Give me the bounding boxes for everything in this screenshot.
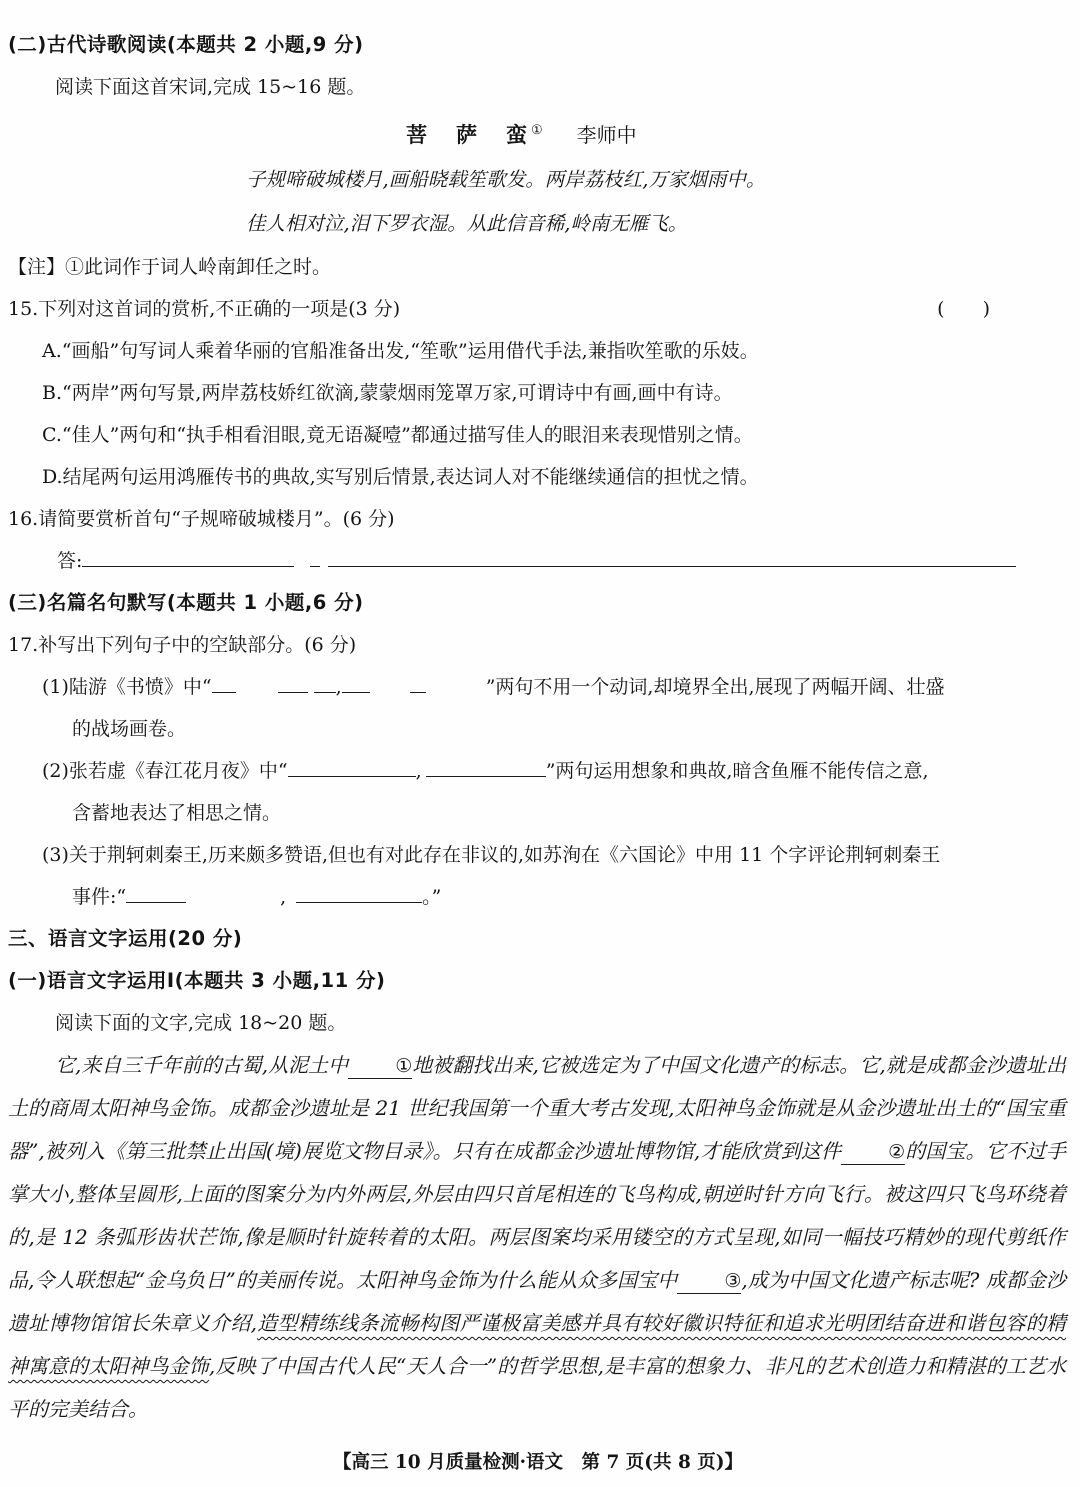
blank-gap — [186, 902, 280, 903]
blank-gap — [426, 692, 486, 693]
page-footer: 【高三 10 月质量检测·语文 第 7 页(共 8 页)】 — [8, 1441, 1068, 1485]
exam-page: (二)古代诗歌阅读(本题共 2 小题,9 分) 阅读下面这首宋词,完成 15~1… — [0, 0, 1080, 1487]
question-15-option-c: C.“佳人”两句和“执手相看泪眼,竟无语凝噎”都通过描写佳人的眼泪来表现惜别之情… — [8, 414, 1068, 456]
poem-footnote: 【注】①此词作于词人岭南卸任之时。 — [8, 246, 1068, 288]
language-reading-instruction: 阅读下面的文字,完成 18~20 题。 — [8, 1002, 1068, 1044]
subsection-heading-language-use-1: (一)语言文字运用Ⅰ(本题共 3 小题,11 分) — [8, 960, 1068, 1002]
section-heading-poetry: (二)古代诗歌阅读(本题共 2 小题,9 分) — [8, 24, 1068, 66]
answer-blank — [212, 674, 236, 693]
answer-blank — [278, 674, 308, 693]
question-15-option-a: A.“画船”句写词人乘着华丽的官船准备出发,“笙歌”运用借代手法,兼指吹笙歌的乐… — [8, 330, 1068, 372]
answer-blank — [126, 884, 186, 903]
text-segment: 它,来自三千年前的古蜀,从泥土中 — [55, 1053, 348, 1077]
question-16-stem: 16.请简要赏析首句“子规啼破城楼月”。(6 分) — [8, 498, 1068, 540]
answer-blank — [296, 884, 422, 903]
question-17-item2-line2: 含蓄地表达了相思之情。 — [8, 792, 1068, 834]
text-segment: 事件:“ — [72, 886, 126, 908]
text-segment: (2)张若虚《春江花月夜》中“ — [42, 760, 288, 782]
answer-blank — [82, 548, 294, 567]
section-heading-language-use: 三、语言文字运用(20 分) — [8, 918, 1068, 960]
question-16-answer-line: 答: — [8, 540, 1068, 582]
blank-gap — [286, 902, 296, 903]
poem-line-2: 佳人相对泣,泪下罗衣湿。从此信音稀,岭南无雁飞。 — [8, 202, 1068, 246]
blank-gap — [236, 692, 278, 693]
question-17-stem: 17.补写出下列句子中的空缺部分。(6 分) — [8, 624, 1068, 666]
answer-blank — [426, 758, 546, 777]
text-segment: ”两句运用想象和典故,暗含鱼雁不能传信之意, — [546, 760, 929, 782]
question-15-stem: 15.下列对这首词的赏析,不正确的一项是(3 分) — [8, 288, 400, 330]
poem-title-line: 菩 萨 蛮①李师中 — [8, 108, 1068, 158]
blank-gap — [320, 566, 328, 567]
text-segment: (1)陆游《书愤》中“ — [42, 676, 212, 698]
question-15-option-d: D.结尾两句运用鸿雁传书的典故,实写别后情景,表达词人对不能继续通信的担忧之情。 — [8, 456, 1068, 498]
question-17-item2-line1: (2)张若虚《春江花月夜》中“,”两句运用想象和典故,暗含鱼雁不能传信之意, — [8, 750, 1068, 792]
text-segment: 。” — [422, 886, 441, 908]
numbered-blank: ③ — [677, 1271, 741, 1294]
blank-gap — [294, 566, 310, 567]
question-17-item1-line2: 的战场画卷。 — [8, 708, 1068, 750]
blank-gap — [370, 692, 410, 693]
answer-blank — [410, 674, 426, 693]
section-heading-dictation: (三)名篇名句默写(本题共 1 小题,6 分) — [8, 582, 1068, 624]
text-segment: , — [280, 886, 286, 908]
question-15-option-b: B.“两岸”两句写景,两岸荔枝娇红欲滴,蒙蒙烟雨笼罩万家,可谓诗中有画,画中有诗… — [8, 372, 1068, 414]
poem-note-ref: ① — [531, 123, 543, 138]
answer-blank — [342, 674, 370, 693]
question-15-row: 15.下列对这首词的赏析,不正确的一项是(3 分) ( ) — [8, 288, 1068, 330]
language-passage: 它,来自三千年前的古蜀,从泥土中①地被翻找出来,它被选定为了中国文化遗产的标志。… — [8, 1044, 1066, 1431]
text-segment: 答: — [57, 550, 82, 572]
answer-blank — [314, 674, 336, 693]
poem-line-1: 子规啼破城楼月,画船晓载笙歌发。两岸荔枝红,万家烟雨中。 — [8, 158, 1068, 202]
poetry-reading-instruction: 阅读下面这首宋词,完成 15~16 题。 — [8, 66, 1068, 108]
poem-block: 菩 萨 蛮①李师中 子规啼破城楼月,画船晓载笙歌发。两岸荔枝红,万家烟雨中。 佳… — [8, 108, 1068, 288]
question-17-item3-line1: (3)关于荆轲刺秦王,历来颇多赞语,但也有对此存在非议的,如苏洵在《六国论》中用… — [8, 834, 1068, 876]
answer-blank — [328, 548, 1016, 567]
question-15-answer-bracket: ( ) — [937, 288, 990, 330]
question-17-item3-line2: 事件:“,。” — [8, 876, 1068, 918]
numbered-blank: ① — [348, 1056, 412, 1079]
numbered-blank: ② — [841, 1142, 905, 1165]
poem-author: 李师中 — [577, 123, 637, 147]
text-segment: , — [416, 760, 422, 782]
poem-title: 菩 萨 蛮 — [406, 122, 531, 147]
text-segment: ”两句不用一个动词,却境界全出,展现了两幅开阔、壮盛 — [486, 676, 945, 698]
answer-blank — [310, 548, 320, 567]
question-17-item1-line1: (1)陆游《书愤》中“,”两句不用一个动词,却境界全出,展现了两幅开阔、壮盛 — [8, 666, 1068, 708]
answer-blank — [288, 758, 416, 777]
